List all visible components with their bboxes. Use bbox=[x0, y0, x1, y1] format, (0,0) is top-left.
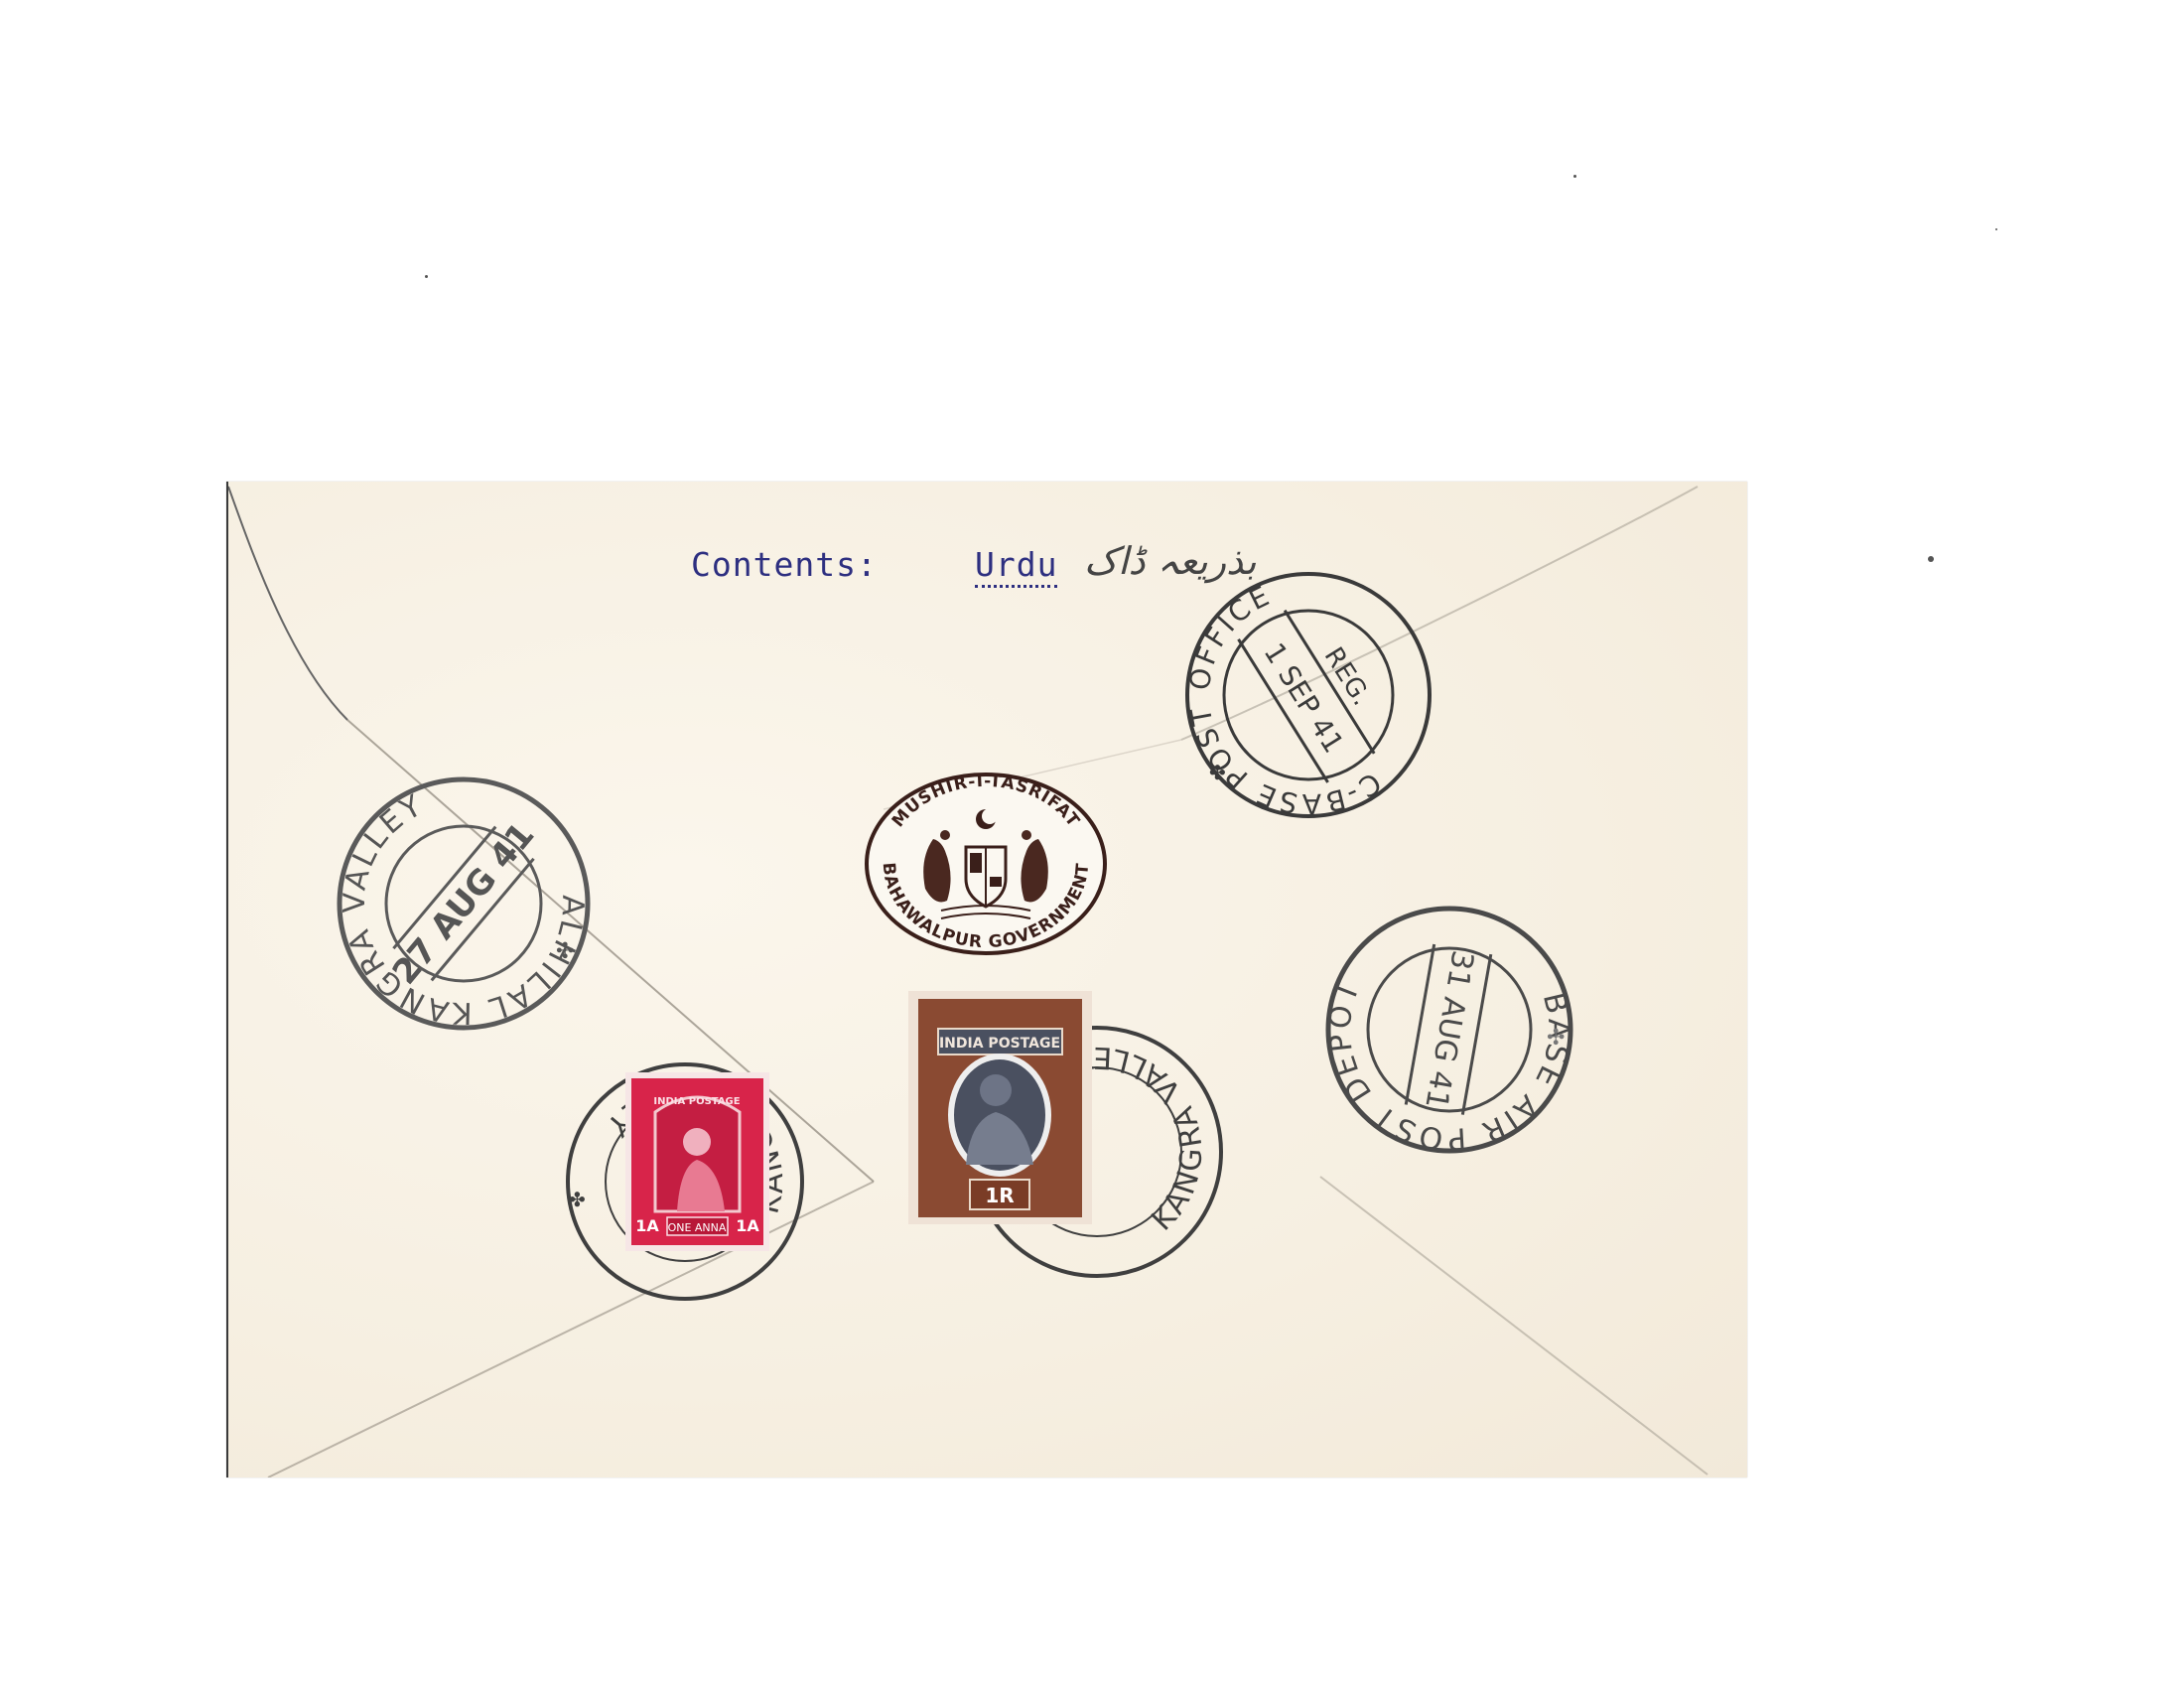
scan-speck bbox=[1928, 556, 1934, 562]
scan-speck bbox=[1995, 228, 1997, 230]
svg-text:1A: 1A bbox=[635, 1216, 659, 1235]
stamp-one-anna: INDIA POSTAGE 1A 1A ONE ANNA bbox=[625, 1072, 769, 1255]
stamp-label: ONE ANNA bbox=[668, 1221, 727, 1234]
svg-text:INDIA POSTAGE: INDIA POSTAGE bbox=[653, 1096, 740, 1107]
svg-text:INDIA POSTAGE: INDIA POSTAGE bbox=[939, 1036, 1060, 1052]
scan-speck bbox=[1573, 175, 1576, 178]
svg-text:✣: ✣ bbox=[556, 939, 574, 964]
stamp-one-rupee: INDIA POSTAGE 1R bbox=[908, 991, 1092, 1228]
scan-speck bbox=[425, 275, 428, 278]
postmark-date: 27 AUG 41 bbox=[385, 815, 543, 992]
svg-text:✣: ✣ bbox=[1547, 1026, 1565, 1051]
svg-text:1R: 1R bbox=[985, 1184, 1014, 1207]
svg-text:✤: ✤ bbox=[1209, 761, 1226, 784]
bahawalpur-government-seal: MUSHIR-I-TASRIFAT BAHAWALPUR GOVERNMENT bbox=[862, 770, 1110, 958]
postmark-c-base-post-office: REG. 1 SEP 41 C-BASE POST OFFICE ✤ bbox=[1179, 566, 1437, 824]
svg-text:✤: ✤ bbox=[569, 1188, 586, 1211]
postmark-alhilal-kangra-valley: 27 AUG 41 ALHILAL KANGRA VALLEY ✣ bbox=[330, 770, 598, 1038]
postmark-date: 31 AUG 41 bbox=[1418, 948, 1479, 1112]
contents-label: Contents: bbox=[691, 545, 878, 584]
envelope-back: Contents: Urdu بذریعہ ڈاک 27 AUG 41 ALHI… bbox=[226, 482, 1747, 1477]
contents-value: Urdu bbox=[975, 545, 1057, 588]
svg-text:1A: 1A bbox=[736, 1216, 759, 1235]
postmark-base-air-post-depot: 31 AUG 41 BASE AIR POST DEPOT ✣ bbox=[1320, 901, 1578, 1159]
